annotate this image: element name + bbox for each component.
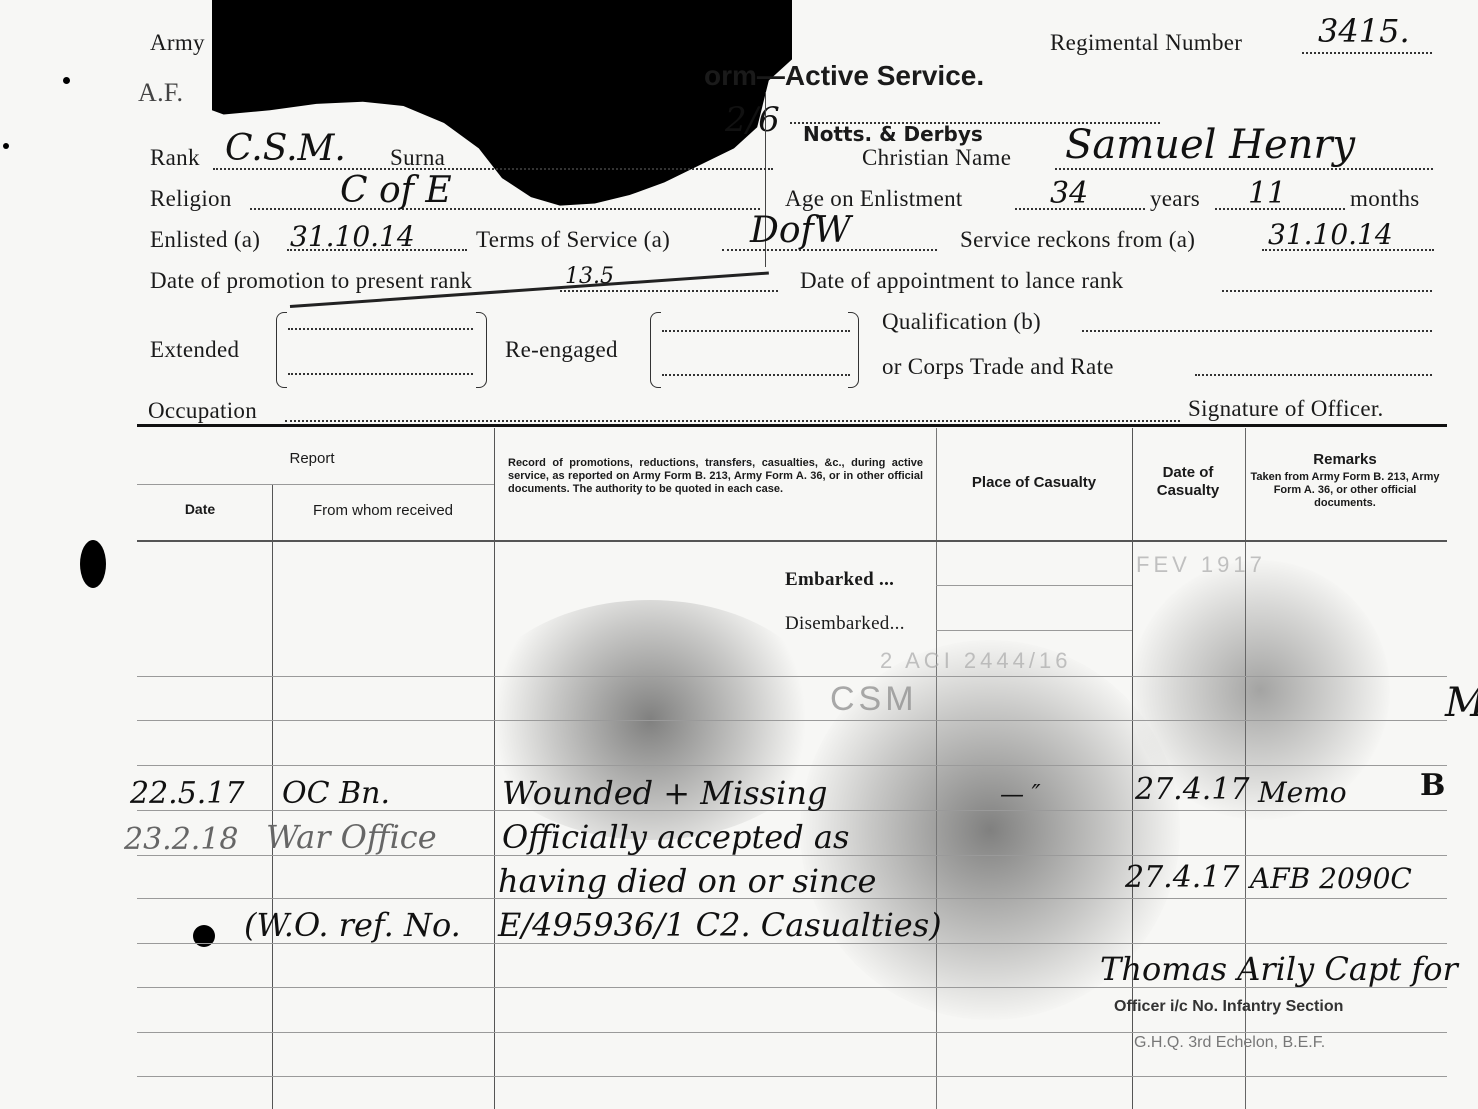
christian-name-value: Samuel Henry: [1065, 122, 1355, 168]
header-from-whom: From whom received: [272, 502, 494, 519]
qualification-label: Qualification (b): [882, 309, 1041, 335]
stamp-aci: 2 ACI 2444/16: [880, 648, 1071, 674]
row1-record: Wounded + Missing: [502, 774, 827, 812]
signature-of-officer-label: Signature of Officer.: [1188, 396, 1384, 422]
embarked-label: Embarked ...: [785, 569, 894, 591]
header-date-of-casualty: Date of Casualty: [1140, 464, 1236, 500]
row2-date: 23.2.18: [124, 822, 239, 857]
row1-margin-mark: B: [1420, 768, 1445, 803]
corps-trade-label: or Corps Trade and Rate: [882, 354, 1114, 380]
header-record: Record of promotions, reductions, transf…: [508, 457, 923, 496]
form-title: orm—Active Service.: [704, 60, 984, 92]
unit-battalion: 2/6: [725, 100, 780, 140]
service-reckons-label: Service reckons from (a): [960, 227, 1195, 253]
row3-record: having died on or since: [498, 862, 876, 900]
header-remarks-title: Remarks: [1245, 453, 1445, 466]
row1-date: 22.5.17: [130, 776, 245, 811]
af-label: A.F.: [138, 78, 183, 108]
lance-rank-label: Date of appointment to lance rank: [800, 268, 1123, 294]
surname-label: Surna: [390, 145, 445, 171]
age-label: Age on Enlistment: [785, 186, 963, 212]
row3-remarks: AFB 2090C: [1250, 862, 1412, 895]
army-label: Army: [150, 30, 205, 56]
header-place: Place of Casualty: [936, 476, 1132, 489]
row1-place: — ″: [1000, 780, 1041, 808]
enlisted-value: 31.10.14: [290, 220, 415, 253]
ink-blot: [3, 143, 9, 149]
years-label: years: [1150, 186, 1200, 212]
terms-value: DofW: [750, 210, 851, 251]
row4-from: (W.O. ref. No.: [244, 906, 461, 944]
header-remarks-sub: Taken from Army Form B. 213, Army Form A…: [1250, 471, 1440, 510]
row1-date-casualty: 27.4.17: [1135, 772, 1250, 807]
row2-record: Officially accepted as: [502, 818, 849, 856]
header-date: Date: [160, 503, 240, 516]
redaction-block: [212, 0, 792, 212]
header-report: Report: [272, 450, 352, 467]
reengaged-label: Re-engaged: [505, 337, 618, 363]
ink-blot: [63, 77, 70, 84]
months-label: months: [1350, 186, 1420, 212]
rank-value: C.S.M.: [225, 128, 346, 169]
service-reckons-value: 31.10.14: [1268, 218, 1393, 251]
row1-from: OC Bn.: [282, 776, 390, 811]
officer-stamp-line-2: G.H.Q. 3rd Echelon, B.E.F.: [1134, 1034, 1325, 1052]
regimental-number-label: Regimental Number: [1050, 30, 1242, 56]
regimental-number-value: 3415.: [1318, 12, 1410, 50]
age-years-value: 34: [1050, 176, 1088, 211]
stamp-rank: CSM: [830, 680, 918, 719]
row2-from: War Office: [266, 818, 437, 856]
promotion-label: Date of promotion to present rank: [150, 268, 472, 294]
religion-label: Religion: [150, 186, 232, 212]
unit-regiment-stamp: Notts. & Derbys: [803, 122, 983, 146]
religion-value: C of E: [340, 170, 452, 211]
row3-date-casualty: 27.4.17: [1125, 860, 1240, 895]
disembarked-label: Disembarked...: [785, 613, 905, 635]
row4-record: E/495936/1 C2. Casualties): [498, 906, 942, 944]
age-months-value: 11: [1248, 176, 1286, 211]
rank-label: Rank: [150, 145, 200, 171]
terms-label: Terms of Service (a): [476, 227, 670, 253]
stamp-date: FEV 1917: [1136, 552, 1266, 578]
officer-stamp-line-1: Officer i/c No. Infantry Section: [1114, 998, 1343, 1016]
christian-name-label: Christian Name: [862, 145, 1011, 171]
ink-blot: [80, 540, 106, 588]
row1-remarks: Memo: [1258, 776, 1347, 809]
extended-label: Extended: [150, 337, 239, 363]
occupation-label: Occupation: [148, 398, 257, 424]
service-record-document: Army A.F. orm—Active Service. Regimental…: [0, 0, 1478, 1109]
officer-signature: Thomas Arily Capt for: [1100, 950, 1458, 988]
enlisted-label: Enlisted (a): [150, 227, 260, 253]
right-margin-mark: M: [1445, 680, 1478, 726]
